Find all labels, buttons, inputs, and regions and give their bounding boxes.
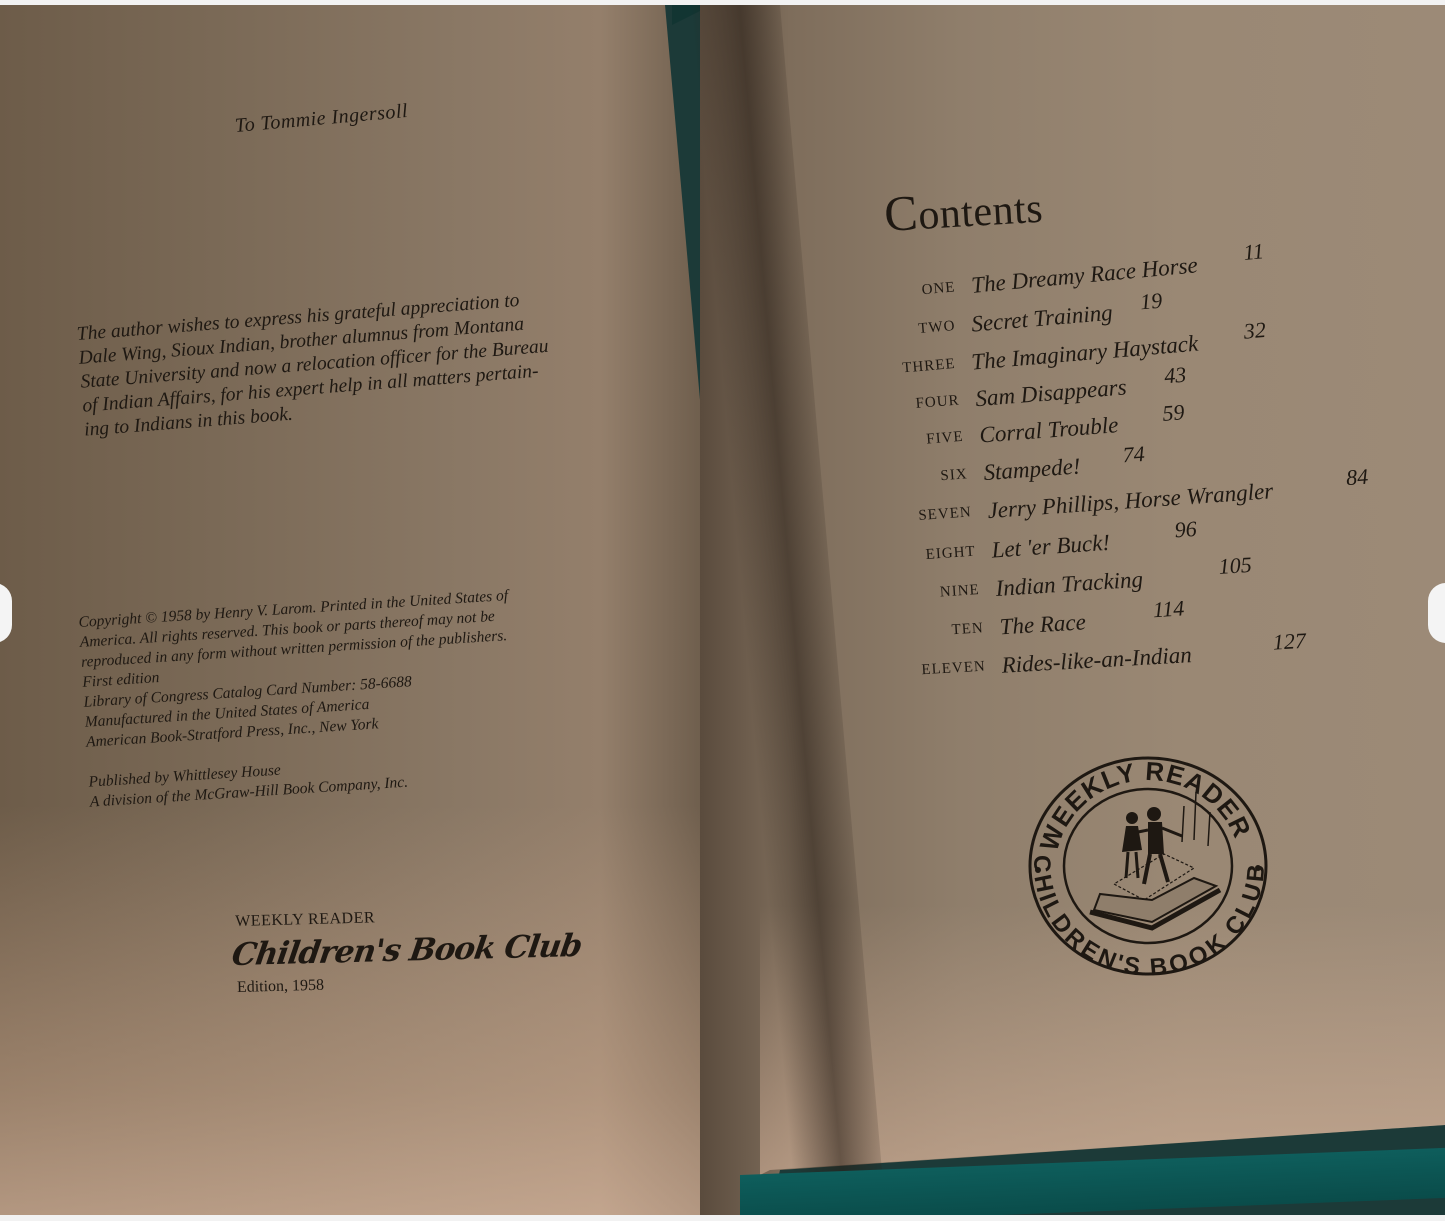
chapter-number: ELEVEN [889,658,986,680]
chapter-number: SIX [871,466,968,490]
chapter-page: 19 [1139,288,1163,316]
chapter-page: 59 [1161,399,1185,427]
chapter-page: 96 [1174,516,1198,543]
toc-entry: NINEIndian Tracking105 [883,567,1144,613]
chapter-page: 105 [1218,552,1253,580]
chapter-number: ONE [859,279,956,305]
chapter-title: Stampede! [983,453,1082,486]
chapter-title: Let 'er Buck! [991,530,1111,564]
chapter-number: TWO [859,318,956,343]
chapter-title: Secret Training [970,300,1113,338]
chapter-title: The Race [999,609,1087,640]
chapter-page: 32 [1243,317,1267,345]
left-page-highlight [0,805,780,1215]
seal-top-text: WEEKLY READER [1034,756,1258,855]
chapter-page: 11 [1242,238,1265,266]
chapter-page: 84 [1345,464,1369,491]
toc-entry: ELEVENRides-like-an-Indian127 [889,642,1193,689]
chapter-number: EIGHT [879,543,976,566]
chapter-number: FOUR [863,392,960,416]
toc-entry: SIXStampede!74 [871,453,1082,498]
club-imprint-script: Children's Book Club [229,928,584,973]
chapter-page: 74 [1122,441,1146,468]
club-imprint: WEEKLY READER Children's Book Club Editi… [235,904,582,997]
svg-text:WEEKLY READER: WEEKLY READER [1034,756,1258,855]
chapter-number: SEVEN [875,504,972,528]
copyright-block: Copyright © 1958 by Henry V. Larom. Prin… [78,577,669,813]
next-image-button[interactable] [1428,583,1445,643]
chapter-number: FIVE [867,428,964,452]
chapter-number: TEN [887,620,984,643]
chapter-number: NINE [883,581,980,604]
weekly-reader-seal-icon: WEEKLY READER CHILDREN'S BOOK CLUB [1024,750,1272,980]
chapter-page: 114 [1152,595,1185,623]
chapter-page: 127 [1272,628,1306,656]
chapter-title: Sam Disappears [974,374,1127,412]
chapter-title: Indian Tracking [995,567,1144,602]
toc-entry: TENThe Race114 [887,609,1087,651]
toc-entry: EIGHTLet 'er Buck!96 [879,530,1111,575]
chapter-title: Corral Trouble [979,412,1120,448]
table-of-contents: ONEThe Dreamy Race Horse11TWOSecret Trai… [860,5,1420,765]
photo-frame: To Tommie Ingersoll The author wishes to… [0,5,1445,1215]
chapter-title: Rides-like-an-Indian [1001,642,1192,679]
chapter-page: 43 [1163,362,1187,390]
chapter-number: THREE [859,356,956,381]
chapter-title: The Dreamy Race Horse [970,252,1199,298]
